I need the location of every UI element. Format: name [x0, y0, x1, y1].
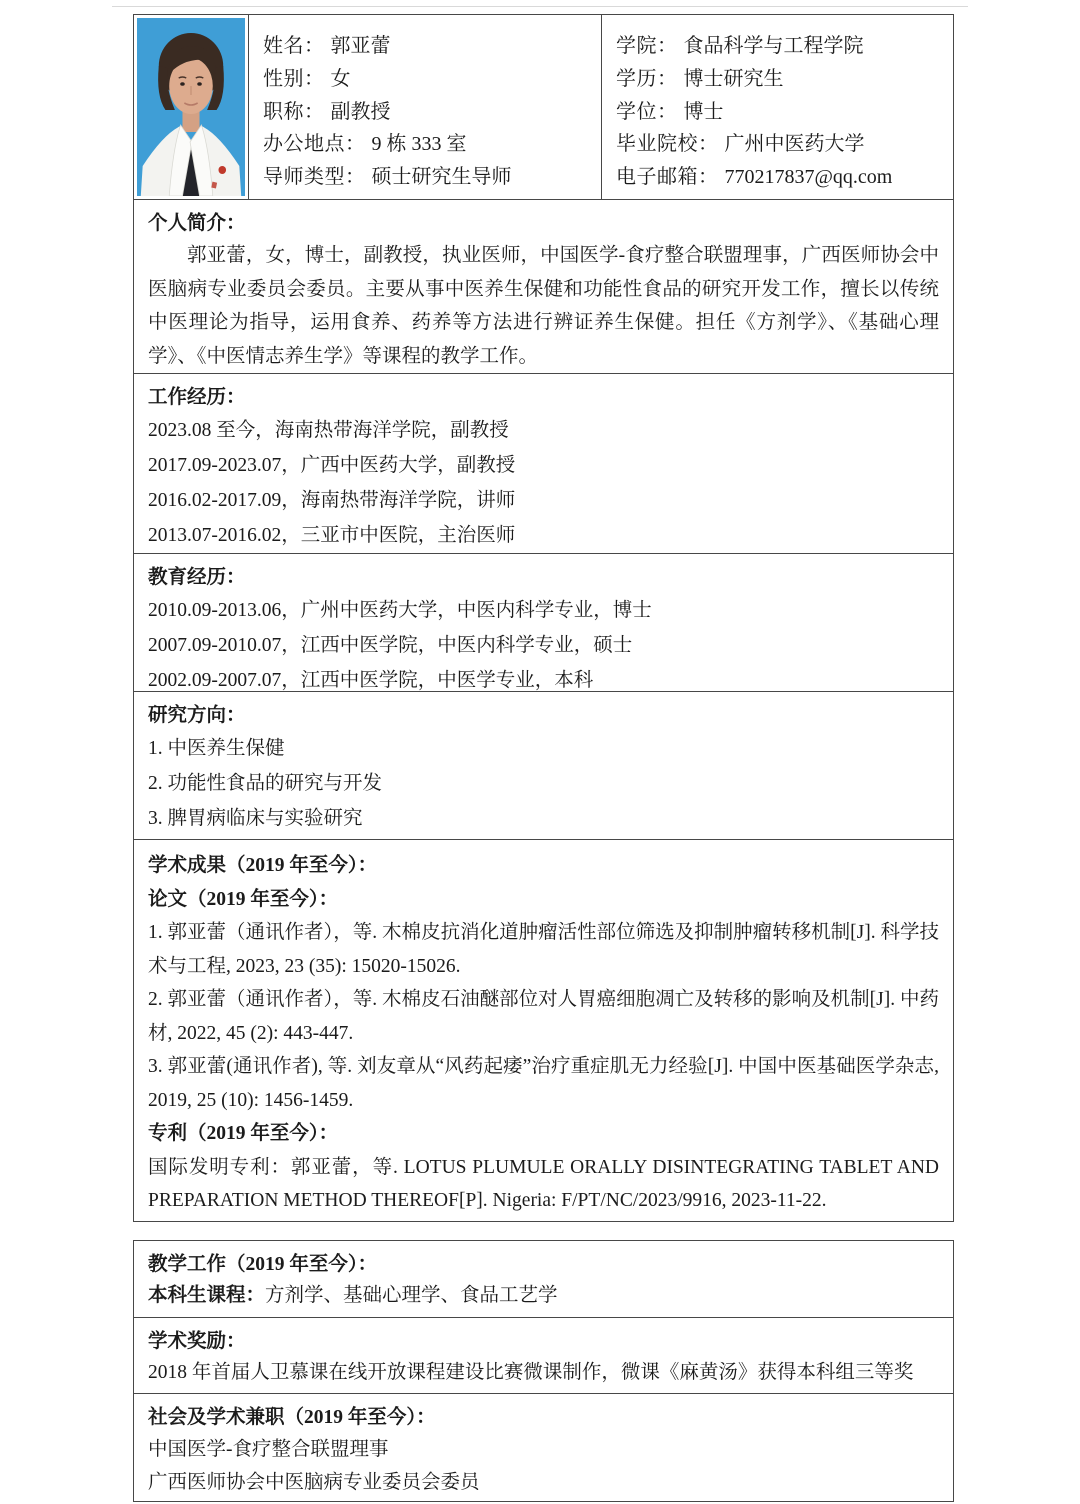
award-item: 2018 年首届人卫慕课在线开放课程建设比赛微课制作，微课《麻黄汤》获得本科组三…: [148, 1357, 939, 1388]
field-name-value: 郭亚蕾: [331, 35, 391, 57]
field-title-label: 职称：: [263, 101, 325, 123]
field-email: 电子邮箱：770217837@qq.com: [616, 160, 953, 189]
membership-item: 中国医学-食疗整合联盟理事: [148, 1433, 939, 1466]
field-office-value: 9 栋 333 室: [372, 133, 467, 155]
section-teaching-title: 教学工作（2019 年至今）：: [148, 1250, 939, 1280]
research-item: 3. 脾胃病临床与实验研究: [148, 801, 939, 836]
section-intro-text: 郭亚蕾，女，博士，副教授，执业医师，中国医学-食疗整合联盟理事，广西医师协会中医…: [148, 239, 939, 373]
section-education-title: 教育经历：: [148, 563, 939, 593]
section-achievements-title: 学术成果（2019 年至今）：: [148, 849, 939, 883]
section-intro: 个人简介： 郭亚蕾，女，博士，副教授，执业医师，中国医学-食疗整合联盟理事，广西…: [134, 199, 953, 373]
section-memberships-title: 社会及学术兼职（2019 年至今）：: [148, 1403, 939, 1433]
field-title: 职称：副教授: [263, 95, 601, 124]
page-edge-line: [112, 6, 968, 7]
education-item: 2007.09-2010.07，江西中医学院，中医内科学专业，硕士: [148, 628, 939, 663]
basic-info-left-column: 姓名：郭亚蕾 性别：女 职称：副教授 办公地点：9 栋 333 室 导师类型：硕…: [249, 15, 602, 199]
field-email-value: 770217837@qq.com: [725, 166, 893, 188]
undergrad-courses: 本科生课程：方剂学、基础心理学、食品工艺学: [148, 1280, 939, 1311]
work-item: 2017.09-2023.07，广西中医药大学，副教授: [148, 448, 939, 483]
undergrad-courses-label: 本科生课程：: [148, 1285, 265, 1306]
section-achievements: 学术成果（2019 年至今）： 论文（2019 年至今）： 1. 郭亚蕾（通讯作…: [134, 839, 953, 1223]
field-supervisor-type: 导师类型：硕士研究生导师: [263, 160, 601, 189]
field-supervisor-type-value: 硕士研究生导师: [372, 166, 512, 188]
field-email-label: 电子邮箱：: [616, 166, 719, 188]
section-teaching: 教学工作（2019 年至今）： 本科生课程：方剂学、基础心理学、食品工艺学: [134, 1241, 953, 1317]
field-gender-label: 性别：: [263, 68, 325, 90]
section-awards-title: 学术奖励：: [148, 1327, 939, 1357]
basic-info-right-column: 学院：食品科学与工程学院 学历：博士研究生 学位：博士 毕业院校：广州中医药大学…: [602, 15, 953, 199]
field-name: 姓名：郭亚蕾: [263, 29, 601, 58]
profile-photo: [134, 15, 249, 199]
research-item: 1. 中医养生保健: [148, 731, 939, 766]
field-college-label: 学院：: [616, 35, 678, 57]
field-office-label: 办公地点：: [263, 133, 366, 155]
field-gender: 性别：女: [263, 62, 601, 91]
research-item: 2. 功能性食品的研究与开发: [148, 766, 939, 801]
patents-subtitle: 专利（2019 年至今）：: [148, 1117, 939, 1151]
field-graduate-school-label: 毕业院校：: [616, 133, 719, 155]
field-college-value: 食品科学与工程学院: [684, 35, 864, 57]
section-work-title: 工作经历：: [148, 383, 939, 413]
paper-item: 2. 郭亚蕾（通讯作者），等. 木棉皮石油醚部位对人胃癌细胞凋亡及转移的影响及机…: [148, 983, 939, 1050]
section-awards: 学术奖励： 2018 年首届人卫慕课在线开放课程建设比赛微课制作，微课《麻黄汤》…: [134, 1317, 953, 1393]
field-supervisor-type-label: 导师类型：: [263, 166, 366, 188]
field-title-value: 副教授: [331, 101, 391, 123]
work-item: 2013.07-2016.02，三亚市中医院，主治医师: [148, 518, 939, 553]
patent-item: 国际发明专利：郭亚蕾，等. LOTUS PLUMULE ORALLY DISIN…: [148, 1151, 939, 1218]
papers-subtitle: 论文（2019 年至今）：: [148, 883, 939, 917]
field-education: 学历：博士研究生: [616, 62, 953, 91]
section-research-title: 研究方向：: [148, 701, 939, 731]
field-degree-value: 博士: [684, 101, 724, 123]
field-education-value: 博士研究生: [684, 68, 784, 90]
section-research: 研究方向： 1. 中医养生保健 2. 功能性食品的研究与开发 3. 脾胃病临床与…: [134, 691, 953, 839]
field-office: 办公地点：9 栋 333 室: [263, 127, 601, 156]
teaching-awards-table: 教学工作（2019 年至今）： 本科生课程：方剂学、基础心理学、食品工艺学 学术…: [133, 1240, 954, 1502]
membership-item: 广西医师协会中医脑病专业委员会委员: [148, 1466, 939, 1499]
section-memberships: 社会及学术兼职（2019 年至今）： 中国医学-食疗整合联盟理事 广西医师协会中…: [134, 1393, 953, 1503]
undergrad-courses-value: 方剂学、基础心理学、食品工艺学: [265, 1285, 558, 1306]
field-graduate-school: 毕业院校：广州中医药大学: [616, 127, 953, 156]
section-work: 工作经历： 2023.08 至今，海南热带海洋学院，副教授 2017.09-20…: [134, 373, 953, 553]
profile-table: 姓名：郭亚蕾 性别：女 职称：副教授 办公地点：9 栋 333 室 导师类型：硕…: [133, 14, 954, 1222]
section-intro-title: 个人简介：: [148, 209, 939, 239]
education-item: 2010.09-2013.06，广州中医药大学，中医内科学专业，博士: [148, 593, 939, 628]
paper-item: 1. 郭亚蕾（通讯作者），等. 木棉皮抗消化道肿瘤活性部位筛选及抑制肿瘤转移机制…: [148, 916, 939, 983]
field-degree-label: 学位：: [616, 101, 678, 123]
section-education: 教育经历： 2010.09-2013.06，广州中医药大学，中医内科学专业，博士…: [134, 553, 953, 691]
field-degree: 学位：博士: [616, 95, 953, 124]
field-name-label: 姓名：: [263, 35, 325, 57]
field-graduate-school-value: 广州中医药大学: [725, 133, 865, 155]
portrait-photo-graphic: [137, 18, 245, 196]
field-college: 学院：食品科学与工程学院: [616, 29, 953, 58]
work-item: 2023.08 至今，海南热带海洋学院，副教授: [148, 413, 939, 448]
basic-info-row: 姓名：郭亚蕾 性别：女 职称：副教授 办公地点：9 栋 333 室 导师类型：硕…: [134, 15, 953, 199]
field-education-label: 学历：: [616, 68, 678, 90]
work-item: 2016.02-2017.09，海南热带海洋学院，讲师: [148, 483, 939, 518]
field-gender-value: 女: [331, 68, 351, 90]
paper-item: 3. 郭亚蕾(通讯作者), 等. 刘友章从“风药起痿”治疗重症肌无力经验[J].…: [148, 1050, 939, 1117]
